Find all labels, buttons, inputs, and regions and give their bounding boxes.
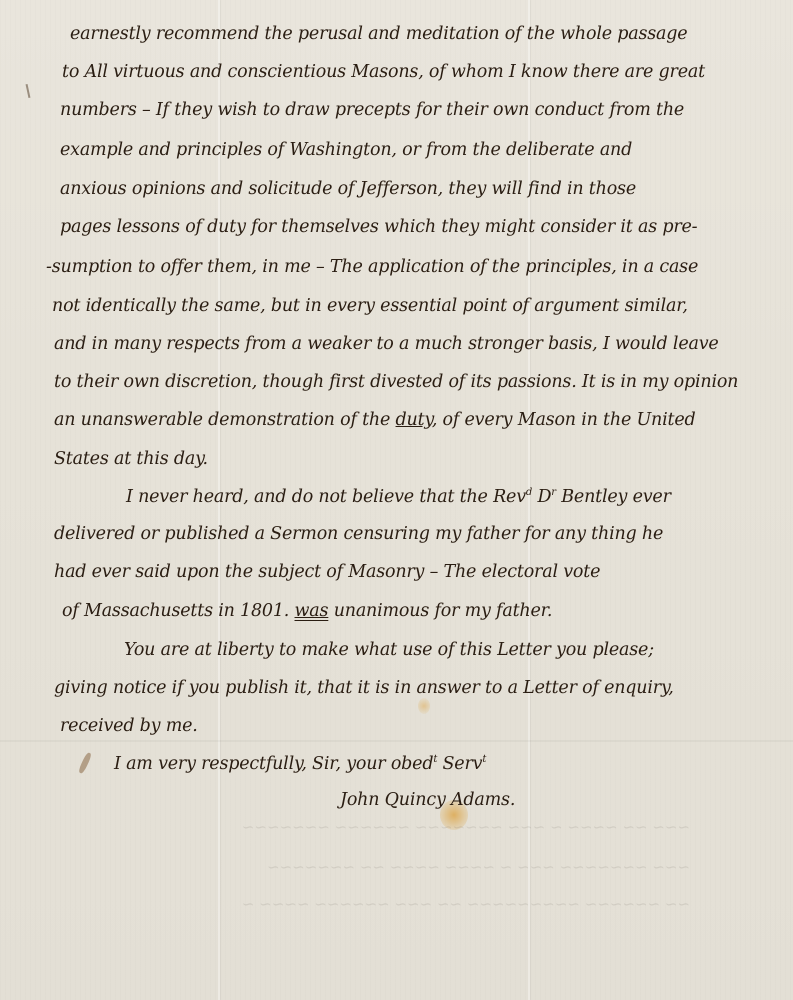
letter-line: to their own discretion, though first di… bbox=[54, 372, 738, 392]
underlined-word-duty: duty bbox=[396, 410, 432, 430]
letter-line: had ever said upon the subject of Masonr… bbox=[54, 562, 600, 582]
letter-line: an unanswerable demonstration of the dut… bbox=[54, 410, 696, 430]
line-text: Serv bbox=[437, 754, 482, 774]
letter-line: of Massachusetts in 1801. was unanimous … bbox=[62, 601, 552, 621]
letter-line: delivered or published a Sermon censurin… bbox=[54, 524, 663, 544]
bleed-through-text: ~~~ ~~~~~~~ ~~~ ~ ~~~~ ~~~~ ~~ ~~~~~~~ bbox=[50, 858, 690, 876]
letter-line: States at this day. bbox=[54, 449, 208, 469]
line-text: an unanswerable demonstration of the bbox=[54, 410, 390, 430]
underlined-word-was: was bbox=[295, 601, 329, 621]
letter-line: numbers – If they wish to draw precepts … bbox=[60, 100, 684, 120]
letter-line: I never heard, and do not believe that t… bbox=[126, 487, 671, 507]
letter-line: not identically the same, but in every e… bbox=[52, 296, 688, 316]
foxing-stain bbox=[418, 698, 430, 714]
paper-fold-horizontal bbox=[0, 740, 793, 742]
letter-page: ~~~ ~~ ~~~~ ~ ~~~ ~~~~~~~ ~~~~~~ ~~~~~~~… bbox=[0, 0, 793, 1000]
letter-line: and in many respects from a weaker to a … bbox=[54, 334, 719, 354]
bleed-through-text: ~~~ ~~ ~~~~ ~ ~~~ ~~~~~~~ ~~~~~~ ~~~~~~~ bbox=[50, 818, 690, 836]
letter-line: received by me. bbox=[60, 716, 198, 736]
signature: John Quincy Adams. bbox=[340, 790, 515, 810]
line-text: I never heard, and do not believe that t… bbox=[126, 487, 526, 507]
ink-stain bbox=[78, 752, 93, 774]
line-text: , of every Mason in the United bbox=[432, 410, 696, 430]
line-text: I am very respectfully, Sir, your obed bbox=[114, 754, 433, 774]
superscript: t bbox=[482, 754, 486, 765]
letter-line: giving notice if you publish it, that it… bbox=[54, 678, 674, 698]
letter-line: pages lessons of duty for themselves whi… bbox=[60, 217, 697, 237]
letter-line: to All virtuous and conscientious Masons… bbox=[62, 62, 705, 82]
margin-mark bbox=[26, 84, 31, 98]
line-text: of Massachusetts in 1801. bbox=[62, 601, 289, 621]
letter-line: earnestly recommend the perusal and medi… bbox=[70, 24, 687, 44]
bleed-through-text: ~~ ~~~~~~ ~~~~~~~~~ ~~ ~~~ ~~~~~~ ~~~~ ~ bbox=[50, 895, 690, 913]
letter-line: -sumption to offer them, in me – The app… bbox=[46, 257, 698, 277]
letter-line: anxious opinions and solicitude of Jeffe… bbox=[60, 179, 636, 199]
line-text: unanimous for my father. bbox=[334, 601, 553, 621]
letter-line: You are at liberty to make what use of t… bbox=[124, 640, 654, 660]
line-text: Bentley ever bbox=[556, 487, 671, 507]
letter-line: example and principles of Washington, or… bbox=[60, 140, 632, 160]
line-text: D bbox=[532, 487, 551, 507]
closing-line: I am very respectfully, Sir, your obedt … bbox=[114, 754, 486, 774]
